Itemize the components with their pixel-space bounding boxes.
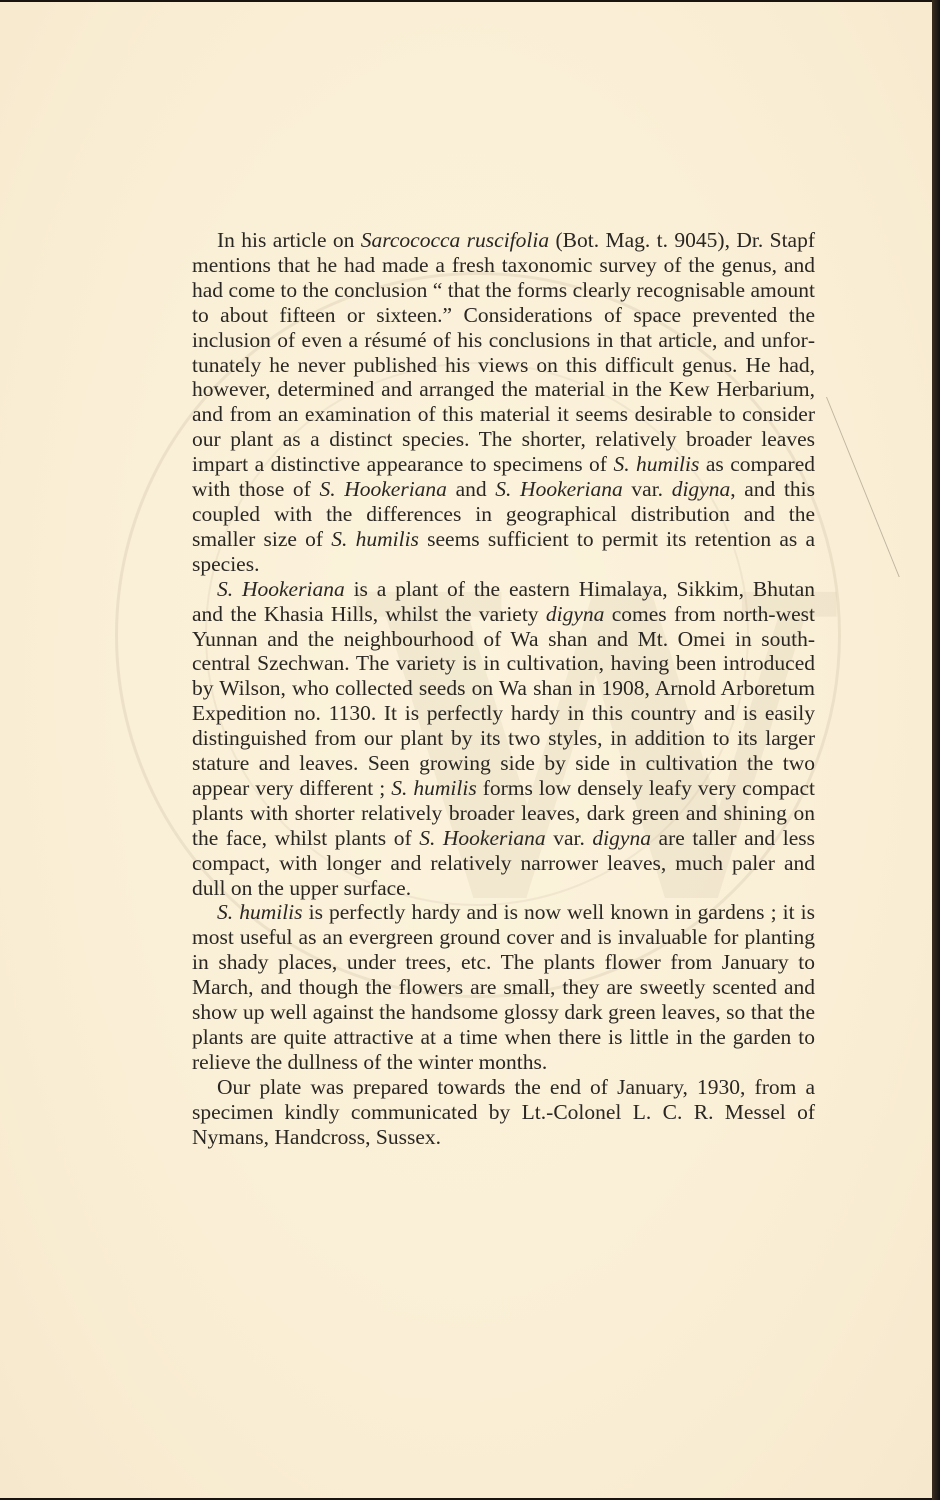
paragraph-3: S. humilis is perfectly hardy and is now…: [192, 900, 815, 1074]
scan-edge-right: [932, 0, 940, 1500]
document-page: W In his article on Sarcococca ruscifoli…: [0, 2, 932, 1498]
text-run: comes from north-west Yunnan and the nei…: [192, 602, 815, 800]
text-run: is perfectly hardy and is now well known…: [192, 900, 815, 1073]
text-run: In his article on: [217, 228, 361, 252]
italic-taxon: digyna: [592, 826, 651, 850]
italic-taxon: S. humilis: [613, 452, 699, 476]
italic-taxon: digyna: [672, 477, 731, 501]
paragraph-2: S. Hookeriana is a plant of the eastern …: [192, 577, 815, 901]
italic-taxon: S. Hookeriana: [495, 477, 622, 501]
italic-taxon: S. Hookeriana: [419, 826, 545, 850]
text-run: var.: [546, 826, 593, 850]
article-body: In his article on Sarcococca ruscifolia …: [192, 228, 815, 1150]
italic-taxon: S. humilis: [217, 900, 303, 924]
italic-taxon: Sarcococca ruscifolia: [361, 228, 549, 252]
paragraph-1: In his article on Sarcococca ruscifolia …: [192, 228, 815, 577]
text-run: Our plate was prepared towards the end o…: [192, 1075, 815, 1149]
paragraph-4: Our plate was prepared towards the end o…: [192, 1075, 815, 1150]
italic-taxon: S. Hookeriana: [217, 577, 345, 601]
italic-taxon: S. humilis: [391, 776, 476, 800]
italic-taxon: S. Hookeriana: [319, 477, 446, 501]
text-run: (Bot. Mag. t. 9045), Dr. Stapf mentions …: [192, 228, 815, 476]
italic-taxon: S. humilis: [331, 527, 419, 551]
paper-tear-mark: [826, 397, 932, 577]
text-run: var.: [623, 477, 672, 501]
italic-taxon: digyna: [546, 602, 605, 626]
text-run: and: [447, 477, 495, 501]
